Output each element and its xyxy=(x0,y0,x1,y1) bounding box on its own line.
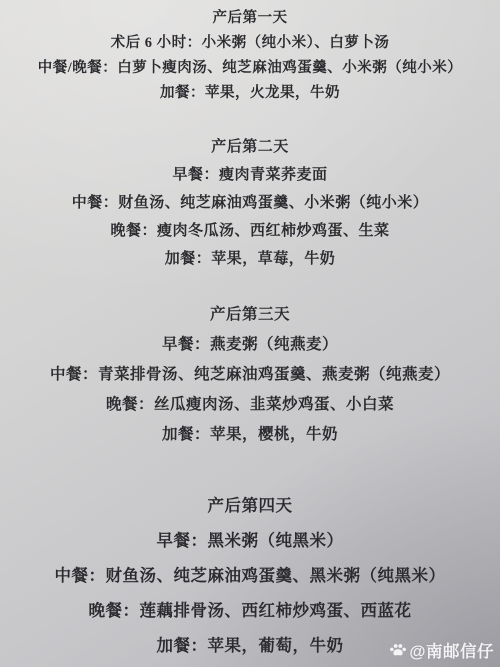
meal-label: 术后 6 小时： xyxy=(111,35,202,51)
meal-label: 加餐： xyxy=(165,251,212,267)
meal-line: 早餐：燕麦粥（纯燕麦） xyxy=(0,335,500,355)
meal-line: 加餐：苹果，火龙果，牛奶 xyxy=(0,83,500,103)
day-title: 产后第一天 xyxy=(0,8,500,28)
meal-label: 加餐： xyxy=(157,636,208,655)
meal-line: 中餐：青菜排骨汤、纯芝麻油鸡蛋羹、燕麦粥（纯燕麦） xyxy=(0,365,500,385)
meal-content: 苹果，火龙果，牛奶 xyxy=(205,85,340,101)
meal-line: 术后 6 小时：小米粥（纯小米）、白萝卜汤 xyxy=(0,33,500,53)
meal-label: 晚餐： xyxy=(110,223,157,239)
watermark: @南邮信仔 xyxy=(388,638,494,662)
meal-line: 早餐：黑米粥（纯黑米） xyxy=(0,530,500,552)
meal-content: 青菜排骨汤、纯芝麻油鸡蛋羹、燕麦粥（纯燕麦） xyxy=(98,366,450,383)
meal-content: 瘦肉冬瓜汤、西红柿炒鸡蛋、生菜 xyxy=(157,223,390,239)
meal-label: 中餐： xyxy=(72,195,119,211)
meal-label: 早餐： xyxy=(157,531,208,550)
meal-line: 中餐/晚餐：白萝卜瘦肉汤、纯芝麻油鸡蛋羹、小米粥（纯小米） xyxy=(0,58,500,78)
meal-line: 晚餐：瘦肉冬瓜汤、西红柿炒鸡蛋、生菜 xyxy=(0,221,500,241)
meal-line: 中餐：财鱼汤、纯芝麻油鸡蛋羹、黑米粥（纯黑米） xyxy=(0,565,500,587)
day-3-section: 产后第三天 早餐：燕麦粥（纯燕麦） 中餐：青菜排骨汤、纯芝麻油鸡蛋羹、燕麦粥（纯… xyxy=(0,305,500,445)
day-2-section: 产后第二天 早餐：瘦肉青菜荞麦面 中餐：财鱼汤、纯芝麻油鸡蛋羹、小米粥（纯小米）… xyxy=(0,137,500,269)
paw-icon xyxy=(388,640,408,660)
meal-label: 晚餐： xyxy=(89,601,140,620)
meal-label: 晚餐： xyxy=(106,396,154,413)
meal-label: 早餐： xyxy=(162,336,210,353)
day-4-section: 产后第四天 早餐：黑米粥（纯黑米） 中餐：财鱼汤、纯芝麻油鸡蛋羹、黑米粥（纯黑米… xyxy=(0,495,500,657)
meal-content: 苹果，葡萄，牛奶 xyxy=(208,636,344,655)
day-title: 产后第二天 xyxy=(0,137,500,157)
meal-line: 加餐：苹果，草莓，牛奶 xyxy=(0,249,500,269)
meal-label: 加餐： xyxy=(162,426,210,443)
meal-line: 加餐：苹果，樱桃，牛奶 xyxy=(0,425,500,445)
meal-content: 黑米粥（纯黑米） xyxy=(208,531,344,550)
meal-content: 苹果，樱桃，牛奶 xyxy=(210,426,338,443)
meal-label: 中餐： xyxy=(50,366,98,383)
meal-content: 丝瓜瘦肉汤、韭菜炒鸡蛋、小白菜 xyxy=(154,396,394,413)
meal-content: 白萝卜瘦肉汤、纯芝麻油鸡蛋羹、小米粥（纯小米） xyxy=(117,60,462,76)
day-title: 产后第四天 xyxy=(0,495,500,517)
meal-content: 瘦肉青菜荞麦面 xyxy=(219,167,328,183)
day-title: 产后第三天 xyxy=(0,305,500,325)
meal-line: 晚餐：莲藕排骨汤、西红柿炒鸡蛋、西蓝花 xyxy=(0,600,500,622)
meal-content: 财鱼汤、纯芝麻油鸡蛋羹、小米粥（纯小米） xyxy=(118,195,428,211)
meal-content: 小米粥（纯小米）、白萝卜汤 xyxy=(202,35,390,51)
meal-label: 中餐： xyxy=(55,566,106,585)
watermark-handle: @南邮信仔 xyxy=(409,638,494,662)
meal-label: 加餐： xyxy=(160,85,205,101)
meal-label: 早餐： xyxy=(172,167,219,183)
meal-label: 中餐/晚餐： xyxy=(38,60,118,76)
meal-line: 晚餐：丝瓜瘦肉汤、韭菜炒鸡蛋、小白菜 xyxy=(0,395,500,415)
meal-content: 莲藕排骨汤、西红柿炒鸡蛋、西蓝花 xyxy=(140,601,412,620)
day-1-section: 产后第一天 术后 6 小时：小米粥（纯小米）、白萝卜汤 中餐/晚餐：白萝卜瘦肉汤… xyxy=(0,0,500,103)
meal-plan-photo-page: 产后第一天 术后 6 小时：小米粥（纯小米）、白萝卜汤 中餐/晚餐：白萝卜瘦肉汤… xyxy=(0,0,500,667)
meal-content: 燕麦粥（纯燕麦） xyxy=(210,336,338,353)
meal-content: 苹果，草莓，牛奶 xyxy=(211,251,335,267)
meal-content: 财鱼汤、纯芝麻油鸡蛋羹、黑米粥（纯黑米） xyxy=(106,566,446,585)
meal-line: 中餐：财鱼汤、纯芝麻油鸡蛋羹、小米粥（纯小米） xyxy=(0,193,500,213)
meal-line: 早餐：瘦肉青菜荞麦面 xyxy=(0,165,500,185)
